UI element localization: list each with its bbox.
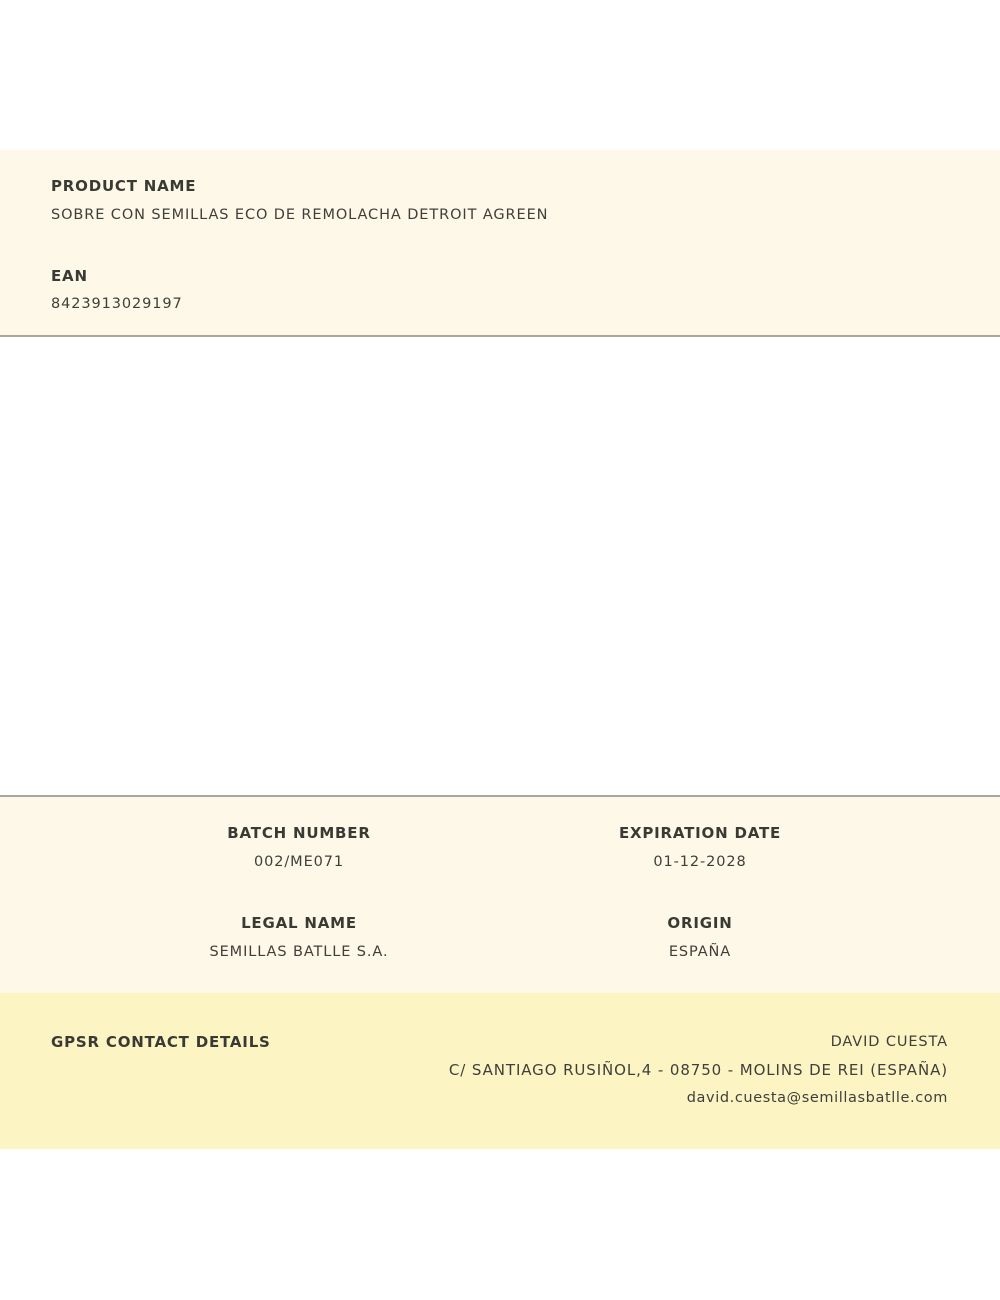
product-name-label: PRODUCT NAME bbox=[51, 177, 196, 195]
product-info-section: PRODUCT NAME SOBRE CON SEMILLAS ECO DE R… bbox=[0, 150, 1000, 337]
expiration-date-label: EXPIRATION DATE bbox=[619, 824, 781, 842]
product-name-value: SOBRE CON SEMILLAS ECO DE REMOLACHA DETR… bbox=[51, 207, 548, 223]
contact-email[interactable]: david.cuesta@semillasbatlle.com bbox=[687, 1090, 948, 1106]
contact-name: DAVID CUESTA bbox=[831, 1034, 948, 1050]
ean-label: EAN bbox=[51, 267, 88, 285]
batch-details-section: BATCH NUMBER 002/ME071 EXPIRATION DATE 0… bbox=[0, 795, 1000, 995]
batch-number-value: 002/ME071 bbox=[254, 854, 344, 870]
gpsr-contact-section: GPSR CONTACT DETAILS DAVID CUESTA C/ SAN… bbox=[0, 993, 1000, 1149]
gpsr-contact-label: GPSR CONTACT DETAILS bbox=[51, 1033, 271, 1051]
ean-value: 8423913029197 bbox=[51, 296, 183, 312]
contact-address: C/ SANTIAGO RUSIÑOL,4 - 08750 - MOLINS D… bbox=[449, 1061, 948, 1079]
expiration-date-value: 01-12-2028 bbox=[653, 854, 746, 870]
legal-name-label: LEGAL NAME bbox=[241, 914, 357, 932]
origin-value: ESPAÑA bbox=[669, 944, 731, 960]
origin-label: ORIGIN bbox=[667, 914, 732, 932]
legal-name-value: SEMILLAS BATLLE S.A. bbox=[210, 944, 389, 960]
batch-number-label: BATCH NUMBER bbox=[227, 824, 370, 842]
